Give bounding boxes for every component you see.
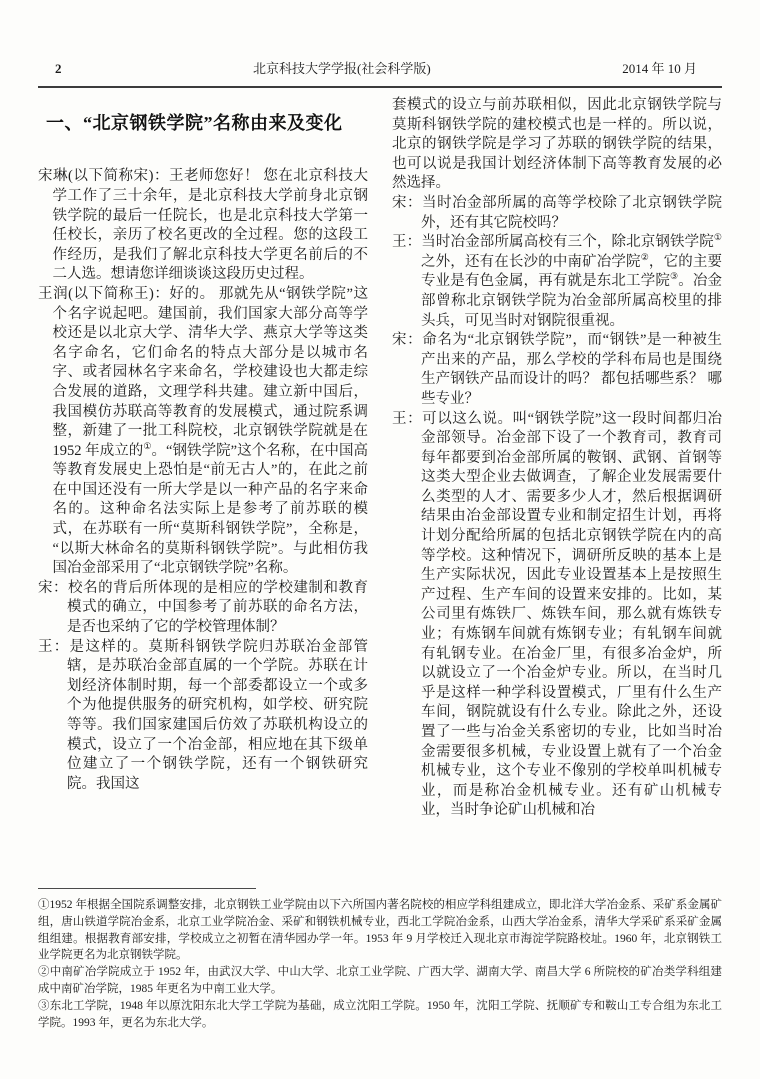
footnote: ③东北工学院，1948 年以原沈阳东北大学工学院为基础，成立沈阳工学院。1950… <box>38 998 722 1032</box>
section-title: 一、“北京钢铁学院”名称由来及变化 <box>46 112 368 135</box>
header-rule <box>38 86 722 88</box>
footnotes-section: ①1952 年根据全国院系调整安排，北京钢铁工业学院由以下六所国内著名院校的相应… <box>38 888 722 1031</box>
paragraph: 宋琳(以下简称宋)：王老师您好！ 您在北京科技大学工作了三十余年，是北京科技大学… <box>38 167 368 285</box>
left-column: 一、“北京钢铁学院”名称由来及变化 宋琳(以下简称宋)：王老师您好！ 您在北京科… <box>38 96 368 821</box>
footnote-ref: ③ <box>670 272 678 282</box>
paragraph: 宋：校名的背后所体现的是相应的学校建制和教育模式的确立，中国参考了前苏联的命名方… <box>38 579 368 638</box>
paragraph: 王：当时冶金部所属高校有三个，除北京钢铁学院①之外，还有在长沙的中南矿冶学院②，… <box>392 233 722 331</box>
footnote: ①1952 年根据全国院系调整安排，北京钢铁工业学院由以下六所国内著名院校的相应… <box>38 897 722 964</box>
paragraph: 王：可以这么说。叫“钢铁学院”这一段时间都归冶金部领导。冶金部下设了一个教育司，… <box>392 410 722 821</box>
paragraph: 套模式的设立与前苏联相似，因此北京钢铁学院与莫斯科钢铁学院的建校模式也是一样的。… <box>392 96 722 194</box>
article-body: 一、“北京钢铁学院”名称由来及变化 宋琳(以下简称宋)：王老师您好！ 您在北京科… <box>38 96 722 821</box>
issue-date: 2014 年 10 月 <box>622 58 697 77</box>
footnote: ②中南矿冶学院成立于 1952 年，由武汉大学、中山大学、北京工业学院、广西大学… <box>38 964 722 998</box>
right-column: 套模式的设立与前苏联相似，因此北京钢铁学院与莫斯科钢铁学院的建校模式也是一样的。… <box>392 96 722 821</box>
footnote-separator <box>38 888 256 889</box>
journal-title: 北京科技大学学报(社会科学版) <box>62 58 623 77</box>
right-column-paragraphs: 套模式的设立与前苏联相似，因此北京钢铁学院与莫斯科钢铁学院的建校模式也是一样的。… <box>392 96 722 821</box>
paragraph: 王：是这样的。莫斯科钢铁学院归苏联冶金部管辖，是苏联冶金部直属的一个学院。苏联在… <box>38 638 368 795</box>
page-header: 2 北京科技大学学报(社会科学版) 2014 年 10 月 <box>38 58 722 77</box>
paragraph: 王润(以下简称王)：好的。 那就先从“钢铁学院”这个名字说起吧。建国前，我们国家… <box>38 285 368 579</box>
paragraph: 宋：当时冶金部所属的高等学校除了北京钢铁学院外，还有其它院校吗？ <box>392 194 722 233</box>
footnote-ref: ① <box>143 441 151 451</box>
left-column-paragraphs: 宋琳(以下简称宋)：王老师您好！ 您在北京科技大学工作了三十余年，是北京科技大学… <box>38 167 368 794</box>
footnote-list: ①1952 年根据全国院系调整安排，北京钢铁工业学院由以下六所国内著名院校的相应… <box>38 897 722 1031</box>
journal-page: 2 北京科技大学学报(社会科学版) 2014 年 10 月 一、“北京钢铁学院”… <box>0 0 760 1079</box>
footnote-ref: ① <box>714 232 722 242</box>
footnote-ref: ② <box>641 252 649 262</box>
paragraph: 宋：命名为“北京钢铁学院”，而“钢铁”是一种被生产出来的产品，那么学校的学科布局… <box>392 331 722 409</box>
